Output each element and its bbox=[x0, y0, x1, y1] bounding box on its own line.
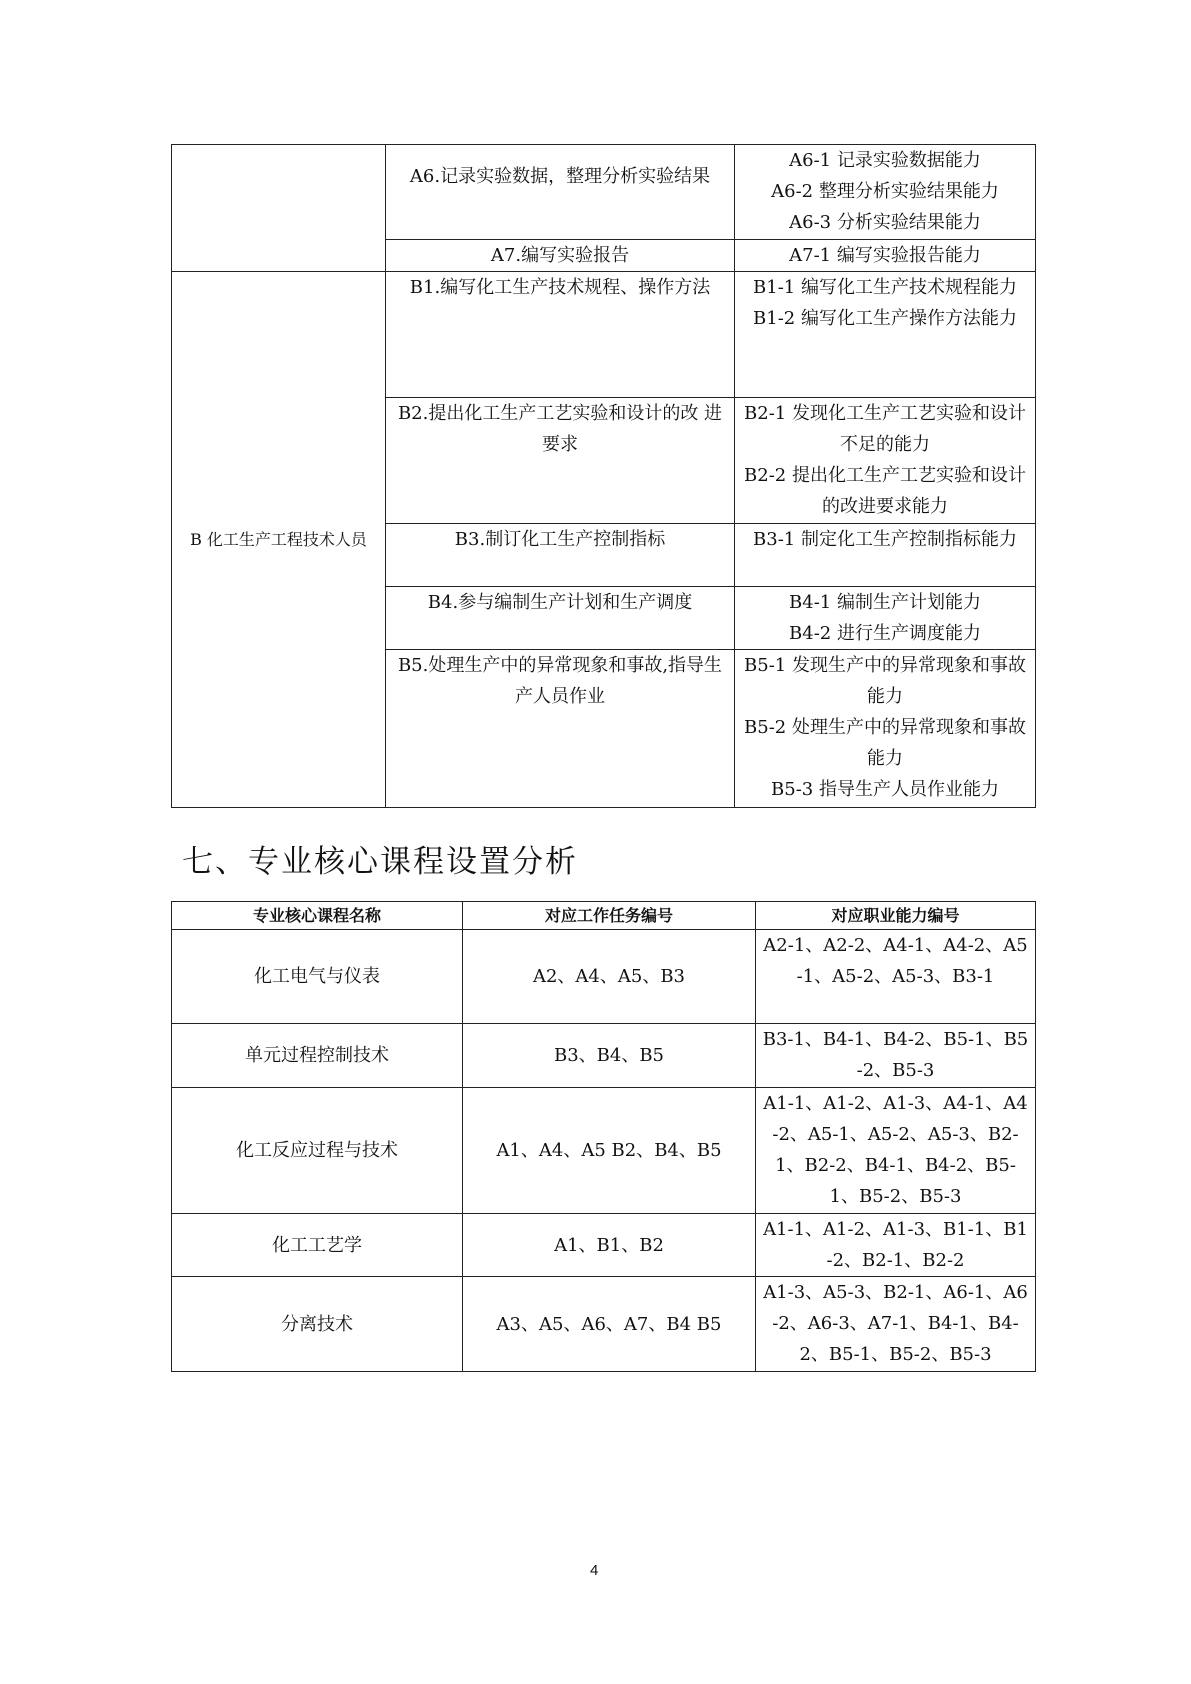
ability-ids: B3-1、B4-1、B4-2、B5-1、B5-2、B5-3 bbox=[756, 1024, 1036, 1088]
course-name: 分离技术 bbox=[172, 1277, 463, 1372]
role-cell-a-continued bbox=[172, 145, 386, 272]
table-row: 化工反应过程与技术 A1、A4、A5 B2、B4、B5 A1-1、A1-2、A1… bbox=[172, 1088, 1036, 1214]
job-task-ability-table: A6.记录实验数据，整理分析实验结果 A6-1 记录实验数据能力 A6-2 整理… bbox=[171, 144, 1036, 808]
task-cell: B3.制订化工生产控制指标 bbox=[386, 524, 735, 587]
core-course-table: 专业核心课程名称 对应工作任务编号 对应职业能力编号 化工电气与仪表 A2、A4… bbox=[171, 901, 1036, 1372]
task-cell: A6.记录实验数据，整理分析实验结果 bbox=[386, 145, 735, 240]
table-row: 单元过程控制技术 B3、B4、B5 B3-1、B4-1、B4-2、B5-1、B5… bbox=[172, 1024, 1036, 1088]
header-ability-ids: 对应职业能力编号 bbox=[756, 902, 1036, 930]
ability-cell: B4-1 编制生产计划能力 B4-2 进行生产调度能力 bbox=[735, 587, 1036, 650]
task-ids: A2、A4、A5、B3 bbox=[463, 930, 756, 1024]
task-cell: B1.编写化工生产技术规程、操作方法 bbox=[386, 272, 735, 398]
course-name: 化工反应过程与技术 bbox=[172, 1088, 463, 1214]
task-cell: B2.提出化工生产工艺实验和设计的改 进要求 bbox=[386, 398, 735, 524]
table-row: 化工工艺学 A1、B1、B2 A1-1、A1-2、A1-3、B1-1、B1-2、… bbox=[172, 1214, 1036, 1277]
table-row: 化工电气与仪表 A2、A4、A5、B3 A2-1、A2-2、A4-1、A4-2、… bbox=[172, 930, 1036, 1024]
table-row: A6.记录实验数据，整理分析实验结果 A6-1 记录实验数据能力 A6-2 整理… bbox=[172, 145, 1036, 240]
table-header-row: 专业核心课程名称 对应工作任务编号 对应职业能力编号 bbox=[172, 902, 1036, 930]
ability-ids: A1-3、A5-3、B2-1、A6-1、A6-2、A6-3、A7-1、B4-1、… bbox=[756, 1277, 1036, 1372]
task-ids: A3、A5、A6、A7、B4 B5 bbox=[463, 1277, 756, 1372]
table-row: B 化工生产工程技术人员 B1.编写化工生产技术规程、操作方法 B1-1 编写化… bbox=[172, 272, 1036, 398]
ability-ids: A1-1、A1-2、A1-3、A4-1、A4-2、A5-1、A5-2、A5-3、… bbox=[756, 1088, 1036, 1214]
course-name: 化工工艺学 bbox=[172, 1214, 463, 1277]
ability-cell: B3-1 制定化工生产控制指标能力 bbox=[735, 524, 1036, 587]
task-cell: B4.参与编制生产计划和生产调度 bbox=[386, 587, 735, 650]
ability-cell: A7-1 编写实验报告能力 bbox=[735, 240, 1036, 272]
task-ids: B3、B4、B5 bbox=[463, 1024, 756, 1088]
header-task-ids: 对应工作任务编号 bbox=[463, 902, 756, 930]
ability-cell: B5-1 发现生产中的异常现象和事故能力 B5-2 处理生产中的异常现象和事故能… bbox=[735, 650, 1036, 808]
section-heading: 七、专业核心课程设置分析 bbox=[182, 836, 578, 881]
ability-cell: B2-1 发现化工生产工艺实验和设计不足的能力 B2-2 提出化工生产工艺实验和… bbox=[735, 398, 1036, 524]
role-cell: B 化工生产工程技术人员 bbox=[172, 272, 386, 808]
ability-cell: A6-1 记录实验数据能力 A6-2 整理分析实验结果能力 A6-3 分析实验结… bbox=[735, 145, 1036, 240]
course-name: 单元过程控制技术 bbox=[172, 1024, 463, 1088]
table-row: 分离技术 A3、A5、A6、A7、B4 B5 A1-3、A5-3、B2-1、A6… bbox=[172, 1277, 1036, 1372]
task-cell: B5.处理生产中的异常现象和事故,指导生产人员作业 bbox=[386, 650, 735, 808]
ability-cell: B1-1 编写化工生产技术规程能力 B1-2 编写化工生产操作方法能力 bbox=[735, 272, 1036, 398]
task-ids: A1、A4、A5 B2、B4、B5 bbox=[463, 1088, 756, 1214]
ability-ids: A1-1、A1-2、A1-3、B1-1、B1-2、B2-1、B2-2 bbox=[756, 1214, 1036, 1277]
course-name: 化工电气与仪表 bbox=[172, 930, 463, 1024]
header-course-name: 专业核心课程名称 bbox=[172, 902, 463, 930]
page-number: 4 bbox=[590, 1562, 598, 1579]
ability-ids: A2-1、A2-2、A4-1、A4-2、A5-1、A5-2、A5-3、B3-1 bbox=[756, 930, 1036, 1024]
task-cell: A7.编写实验报告 bbox=[386, 240, 735, 272]
task-ids: A1、B1、B2 bbox=[463, 1214, 756, 1277]
